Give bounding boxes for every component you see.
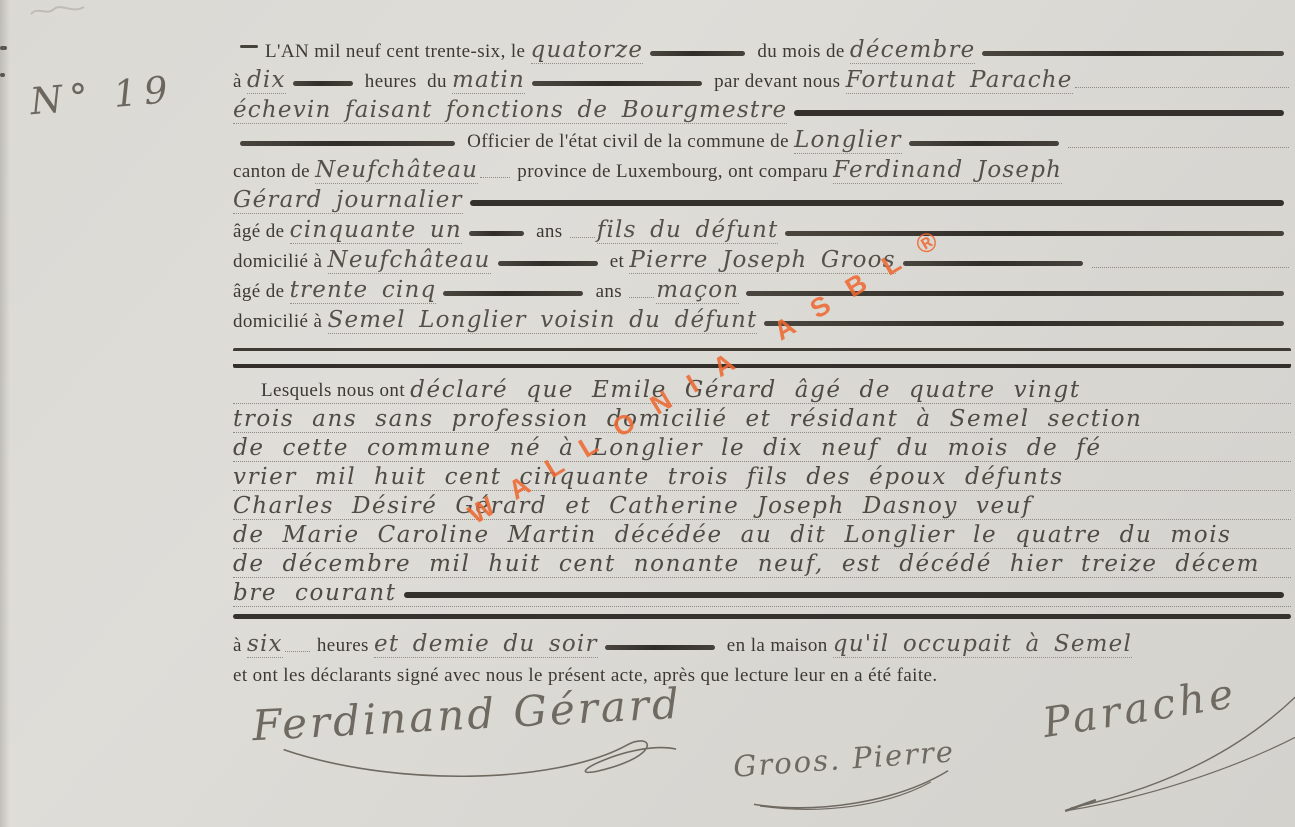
- handwritten-text: maçon: [656, 277, 739, 304]
- handwritten-text: décembre: [850, 37, 976, 64]
- pen-stroke: [240, 45, 258, 48]
- handwritten-text: six: [247, 631, 283, 658]
- printed-text: en la maison: [722, 634, 833, 658]
- faint-corner-mark: [28, 2, 88, 20]
- document-line: Lesquels nous ont déclaré que Emile Géra…: [233, 375, 1291, 404]
- printed-text: Lesquels nous ont: [261, 379, 410, 403]
- handwritten-text: qu'il occupait à Semel: [833, 631, 1132, 658]
- pen-stroke: [240, 141, 455, 146]
- document-line: L'AN mil neuf cent trente-six, le quator…: [233, 34, 1291, 64]
- handwritten-text: trois ans sans profession domicilié et r…: [233, 406, 1142, 432]
- handwritten-text: de décembre mil huit cent nonante neuf, …: [233, 551, 1260, 577]
- printed-text: L'AN mil neuf cent trente-six, le: [265, 40, 531, 64]
- signature-groos-pierre: Groos. Pierre: [732, 734, 956, 783]
- handwritten-text: déclaré que Emile Gérard âgé de quatre v…: [410, 377, 1081, 403]
- handwritten-text: cinquante un: [290, 217, 462, 244]
- handwritten-text: bre courant: [233, 580, 397, 606]
- dotted-leader: [1092, 265, 1289, 268]
- handwritten-text: Ferdinand Joseph: [833, 157, 1062, 184]
- document-line: canton de Neufchâteau province de Luxemb…: [233, 154, 1291, 184]
- handwritten-text: dix: [247, 67, 286, 94]
- document-line: échevin faisant fonctions de Bourgmestre: [233, 94, 1291, 124]
- handwritten-text: Pierre Joseph Groos: [629, 247, 895, 274]
- handwritten-text: de Marie Caroline Martin décédée au dit …: [233, 522, 1232, 548]
- act-number: N° 19: [28, 68, 176, 123]
- printed-text: heures du: [360, 70, 452, 94]
- document-line: âgé de trente cinq ans maçon: [233, 274, 1291, 304]
- dotted-leader: [1075, 85, 1289, 88]
- pen-stroke: [785, 231, 1284, 236]
- document-line: domicilié à Semel Longlier voisin du déf…: [233, 304, 1291, 334]
- heavy-rule: [233, 614, 1291, 619]
- dotted-leader: [285, 649, 310, 652]
- handwritten-text: Longlier: [794, 127, 902, 154]
- document-line: vrier mil huit cent cinquante trois fils…: [233, 462, 1291, 491]
- double-rule: [233, 348, 1291, 368]
- pen-stroke: [470, 200, 1284, 206]
- handwritten-text: Neufchâteau: [315, 157, 478, 184]
- document-line: de décembre mil huit cent nonante neuf, …: [233, 549, 1291, 578]
- dotted-leader: [570, 235, 595, 238]
- handwritten-text: quatorze: [531, 37, 644, 64]
- handwritten-text: Neufchâteau: [328, 247, 491, 274]
- document-line: domicilié à Neufchâteau et Pierre Joseph…: [233, 244, 1291, 274]
- pen-stroke: [746, 291, 1284, 296]
- pen-stroke: [903, 261, 1083, 266]
- printed-text: du mois de: [752, 40, 850, 64]
- printed-text: domicilié à: [233, 310, 328, 334]
- pen-stroke: [532, 81, 702, 86]
- document-line: à dix heures du matin par devant nous Fo…: [233, 64, 1291, 94]
- handwritten-text: vrier mil huit cent cinquante trois fils…: [233, 464, 1064, 490]
- handwritten-text: fils du défunt: [597, 217, 779, 244]
- handwritten-text: de cette commune né à Longlier le dix ne…: [233, 435, 1102, 461]
- printed-text: canton de: [233, 160, 315, 184]
- pen-stroke: [605, 645, 715, 650]
- pen-stroke: [794, 110, 1284, 116]
- handwritten-text: Fortunat Parache: [846, 67, 1073, 94]
- document-body: L'AN mil neuf cent trente-six, le quator…: [233, 34, 1291, 688]
- printed-text: et: [605, 250, 630, 274]
- document-line: âgé de cinquante un ans fils du défunt: [233, 214, 1291, 244]
- printed-text: par devant nous: [709, 70, 846, 94]
- handwritten-text: trente cinq: [290, 277, 437, 304]
- dotted-leader: [480, 175, 510, 178]
- handwritten-text: Semel Longlier voisin du défunt: [328, 307, 758, 334]
- printed-text: heures: [312, 634, 374, 658]
- pen-stroke: [498, 261, 598, 266]
- pen-stroke: [909, 141, 1059, 146]
- printed-text: Officier de l'état civil de la commune d…: [462, 130, 794, 154]
- handwritten-text: et demie du soir: [374, 631, 598, 658]
- handwritten-text: matin: [452, 67, 525, 94]
- printed-text: domicilié à: [233, 250, 328, 274]
- printed-text: ans: [590, 280, 627, 304]
- pen-stroke: [469, 231, 524, 236]
- death-certificate-page: N° 19 L'AN mil neuf cent trente-six, le …: [0, 0, 1295, 827]
- signature-ferdinand-gerard: Ferdinand Gérard: [251, 679, 683, 750]
- printed-text: ans: [531, 220, 568, 244]
- document-line: Charles Désiré Gérard et Catherine Josep…: [233, 491, 1291, 520]
- handwritten-text: échevin faisant fonctions de Bourgmestre: [233, 97, 787, 124]
- dotted-leader: [1068, 145, 1289, 148]
- document-line: à six heures et demie du soir en la mais…: [233, 628, 1291, 658]
- printed-text: province de Luxembourg, ont comparu: [512, 160, 833, 184]
- pen-stroke: [443, 291, 583, 296]
- printed-text: à: [233, 634, 247, 658]
- document-line: bre courant: [233, 578, 1291, 607]
- printed-text: âgé de: [233, 220, 290, 244]
- document-line: de cette commune né à Longlier le dix ne…: [233, 433, 1291, 462]
- pen-stroke: [404, 592, 1284, 598]
- pen-stroke: [764, 321, 1284, 326]
- pen-stroke: [650, 51, 745, 56]
- pen-stroke: [293, 81, 353, 86]
- printed-text: âgé de: [233, 280, 290, 304]
- document-line: Gérard journalier: [233, 184, 1291, 214]
- handwritten-text: Charles Désiré Gérard et Catherine Josep…: [233, 493, 1032, 519]
- document-line: et ont les déclarants signé avec nous le…: [233, 658, 1291, 688]
- printed-text: à: [233, 70, 247, 94]
- dotted-leader: [629, 295, 654, 298]
- document-line: Officier de l'état civil de la commune d…: [233, 124, 1291, 154]
- page-edge-speck: [0, 46, 7, 50]
- document-line: de Marie Caroline Martin décédée au dit …: [233, 520, 1291, 549]
- page-edge-speck: [0, 73, 5, 77]
- handwritten-text: Gérard journalier: [233, 187, 463, 214]
- pen-stroke: [982, 51, 1284, 56]
- document-line: trois ans sans profession domicilié et r…: [233, 404, 1291, 433]
